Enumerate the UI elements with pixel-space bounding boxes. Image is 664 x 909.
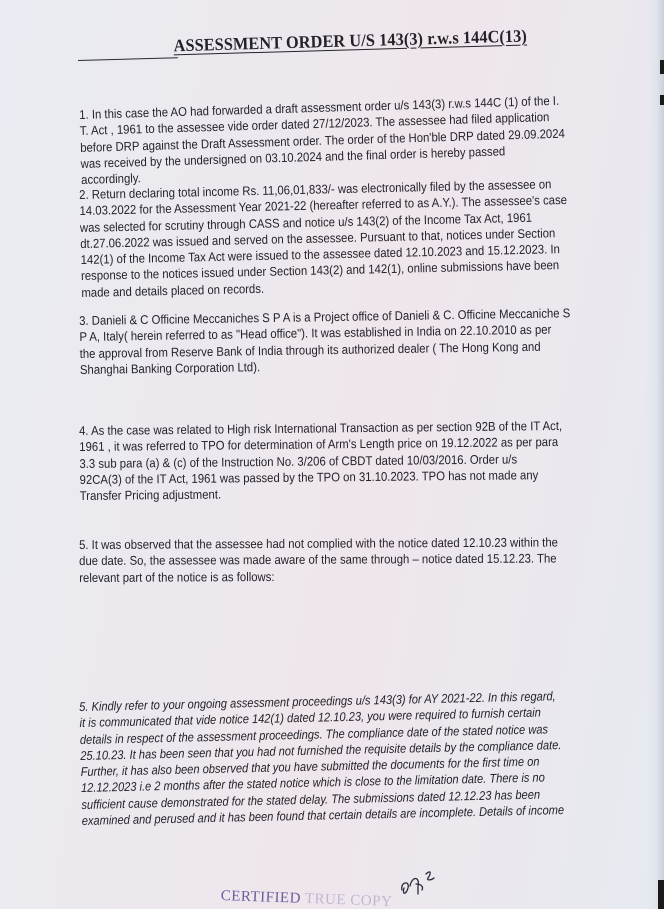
paragraph-3: 3. Danieli & C Officine Meccaniches S P …: [79, 304, 626, 378]
paragraph-5: 5. It was observed that the assessee had…: [79, 534, 611, 586]
certified-true-copy-stamp: CERTIFIED TRUE COPY: [220, 888, 392, 909]
paragraph-2: 2. Return declaring total income Rs. 11,…: [79, 175, 623, 301]
paragraph-4: 4. As the case was related to High risk …: [79, 417, 617, 504]
document-title: ASSESSMENT ORDER U/S 143(3) r.w.s 144C(1…: [173, 25, 527, 56]
document-page: ASSESSMENT ORDER U/S 143(3) r.w.s 144C(1…: [0, 0, 664, 909]
title-rule: [78, 57, 178, 61]
text-line: relevant part of the notice is as follow…: [79, 567, 558, 586]
edge-mark: [660, 95, 664, 105]
edge-mark: [660, 60, 664, 74]
stamp-text: CERTIFIED: [220, 888, 301, 907]
title-block: ASSESSMENT ORDER U/S 143(3) r.w.s 144C(1…: [77, 7, 598, 62]
signature-initials: [398, 868, 442, 898]
stamp-text-faded: TRUE COPY: [301, 891, 393, 909]
edge-mark: [658, 880, 664, 909]
quoted-notice-paragraph: 5. Kindly refer to your ongoing assessme…: [79, 687, 630, 830]
paragraph-1: 1. In this case the AO had forwarded a d…: [79, 91, 620, 188]
page-edge-shadow: [646, 0, 664, 909]
